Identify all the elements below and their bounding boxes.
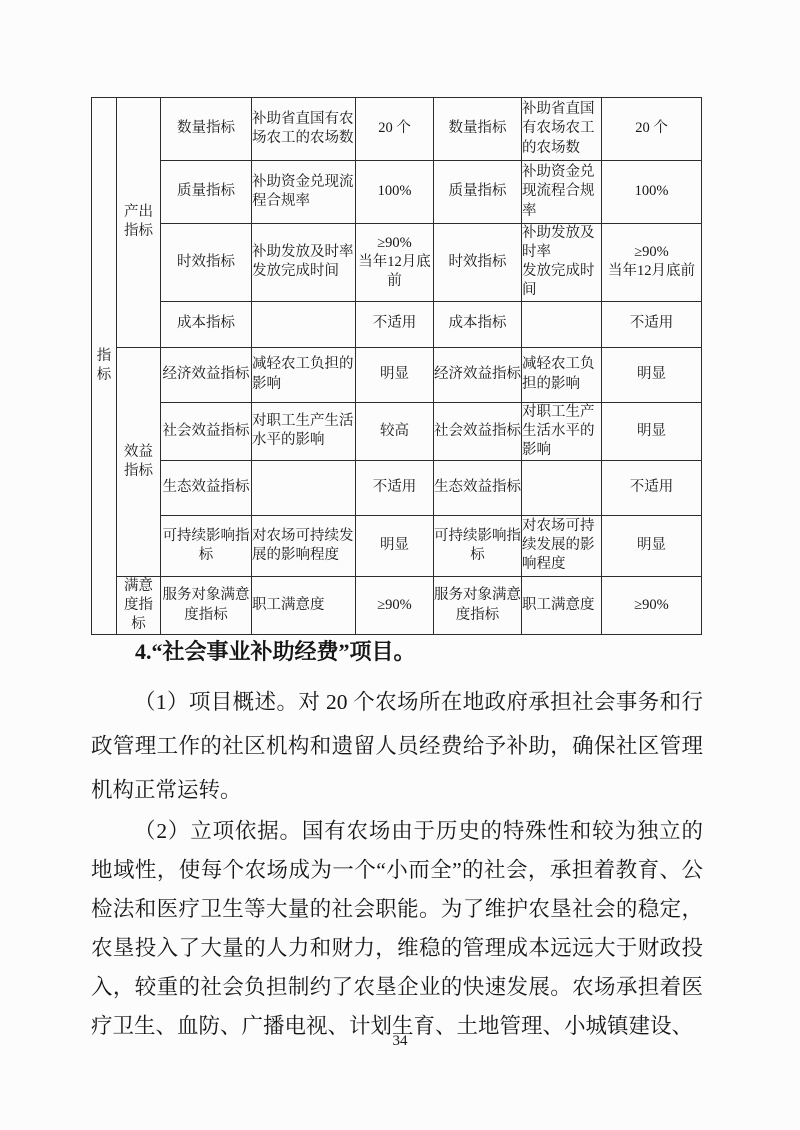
indicator-desc-cell — [522, 301, 602, 347]
performance-indicator-table: 指标 产出指标 数量指标 补助省直国有农场农工的农场数 20 个 数量指标 补助… — [91, 97, 702, 635]
indicator-desc-cell — [252, 301, 356, 347]
indicator-desc-cell — [522, 460, 602, 515]
table-row: 时效指标 补助发放及时率 发放完成时间 ≥90% 当年12月底前 时效指标 补助… — [92, 224, 702, 302]
indicator-name-cell: 服务对象满意度指标 — [434, 576, 522, 634]
indicator-value-cell: 20 个 — [602, 98, 702, 161]
indicator-name-cell: 质量指标 — [434, 161, 522, 224]
indicator-desc-cell: 补助发放及时率 发放完成时间 — [522, 224, 602, 302]
indicator-desc-cell: 对农场可持续发展的影响程度 — [252, 515, 356, 576]
indicator-name-cell: 社会效益指标 — [434, 402, 522, 460]
indicator-value-cell: 100% — [356, 161, 434, 224]
indicator-name-cell: 成本指标 — [434, 301, 522, 347]
indicator-value-cell: ≥90% 当年12月底前 — [602, 224, 702, 302]
indicator-value-cell: 100% — [602, 161, 702, 224]
group-label-cell: 产出指标 — [117, 98, 161, 348]
indicator-value-cell: 明显 — [356, 515, 434, 576]
indicator-desc-cell: 补助发放及时率 发放完成时间 — [252, 224, 356, 302]
indicator-desc-cell: 补助省直国有农场农工的农场数 — [522, 98, 602, 161]
indicator-value-cell: 不适用 — [356, 301, 434, 347]
table-row: 成本指标 不适用 成本指标 不适用 — [92, 301, 702, 347]
table-row: 满意度指标 服务对象满意度指标 职工满意度 ≥90% 服务对象满意度指标 职工满… — [92, 576, 702, 634]
group-label-cell: 满意度指标 — [117, 576, 161, 634]
indicator-value-cell: ≥90% — [356, 576, 434, 634]
indicator-value-cell: 不适用 — [602, 301, 702, 347]
indicator-value-cell: 不适用 — [602, 460, 702, 515]
indicator-name-cell: 时效指标 — [161, 224, 252, 302]
table-row: 可持续影响指标 对农场可持续发展的影响程度 明显 可持续影响指标 对农场可持续发… — [92, 515, 702, 576]
indicator-value-cell: 明显 — [602, 515, 702, 576]
table-row: 社会效益指标 对职工生产生活水平的影响 较高 社会效益指标 对职工生产生活水平的… — [92, 402, 702, 460]
indicator-value-cell: 明显 — [356, 347, 434, 402]
indicator-value-cell: 较高 — [356, 402, 434, 460]
indicator-desc-cell: 补助资金兑现流程合规率 — [522, 161, 602, 224]
indicator-value-cell: ≥90% 当年12月底前 — [356, 224, 434, 302]
indicator-value-cell: 明显 — [602, 347, 702, 402]
body-text-block: 4.“社会事业补助经费”项目。 （1）项目概述。对 20 个农场所在地政府承担社… — [91, 637, 703, 1046]
indicator-value-cell: 20 个 — [356, 98, 434, 161]
paragraph-project-basis: （2）立项依据。国有农场由于历史的特殊性和较为独立的地域性，使每个农场成为一个“… — [91, 812, 703, 1046]
table-row: 效益指标 经济效益指标 减轻农工负担的影响 明显 经济效益指标 减轻农工负担的影… — [92, 347, 702, 402]
indicator-desc-cell: 减轻农工负担的影响 — [252, 347, 356, 402]
page-number: 34 — [0, 1033, 800, 1050]
indicator-name-cell: 可持续影响指标 — [161, 515, 252, 576]
indicator-desc-cell: 补助资金兑现流程合规率 — [252, 161, 356, 224]
indicator-desc-cell: 职工满意度 — [252, 576, 356, 634]
indicator-desc-cell: 补助省直国有农场农工的农场数 — [252, 98, 356, 161]
table-row: 生态效益指标 不适用 生态效益指标 不适用 — [92, 460, 702, 515]
indicator-name-cell: 服务对象满意度指标 — [161, 576, 252, 634]
paragraph-project-overview: （1）项目概述。对 20 个农场所在地政府承担社会事务和行政管理工作的社区机构和… — [91, 680, 703, 812]
indicator-name-cell: 生态效益指标 — [434, 460, 522, 515]
indicator-desc-cell: 对职工生产生活水平的影响 — [252, 402, 356, 460]
indicator-value-cell: 明显 — [602, 402, 702, 460]
indicator-value-cell: 不适用 — [356, 460, 434, 515]
indicator-desc-cell: 对农场可持续发展的影响程度 — [522, 515, 602, 576]
side-label-cell: 指标 — [92, 98, 117, 635]
section-heading: 4.“社会事业补助经费”项目。 — [91, 637, 703, 667]
indicator-name-cell: 质量指标 — [161, 161, 252, 224]
indicator-name-cell: 经济效益指标 — [434, 347, 522, 402]
document-page: 指标 产出指标 数量指标 补助省直国有农场农工的农场数 20 个 数量指标 补助… — [0, 0, 800, 1130]
indicator-name-cell: 可持续影响指标 — [434, 515, 522, 576]
indicator-desc-cell — [252, 460, 356, 515]
indicator-name-cell: 经济效益指标 — [161, 347, 252, 402]
indicator-desc-cell: 减轻农工负担的影响 — [522, 347, 602, 402]
indicator-desc-cell: 职工满意度 — [522, 576, 602, 634]
indicator-name-cell: 社会效益指标 — [161, 402, 252, 460]
table-row: 指标 产出指标 数量指标 补助省直国有农场农工的农场数 20 个 数量指标 补助… — [92, 98, 702, 161]
indicator-name-cell: 数量指标 — [434, 98, 522, 161]
indicator-name-cell: 成本指标 — [161, 301, 252, 347]
indicator-name-cell: 时效指标 — [434, 224, 522, 302]
table-row: 质量指标 补助资金兑现流程合规率 100% 质量指标 补助资金兑现流程合规率 1… — [92, 161, 702, 224]
group-label-cell: 效益指标 — [117, 347, 161, 576]
indicator-name-cell: 数量指标 — [161, 98, 252, 161]
indicator-desc-cell: 对职工生产生活水平的影响 — [522, 402, 602, 460]
indicator-name-cell: 生态效益指标 — [161, 460, 252, 515]
indicator-value-cell: ≥90% — [602, 576, 702, 634]
